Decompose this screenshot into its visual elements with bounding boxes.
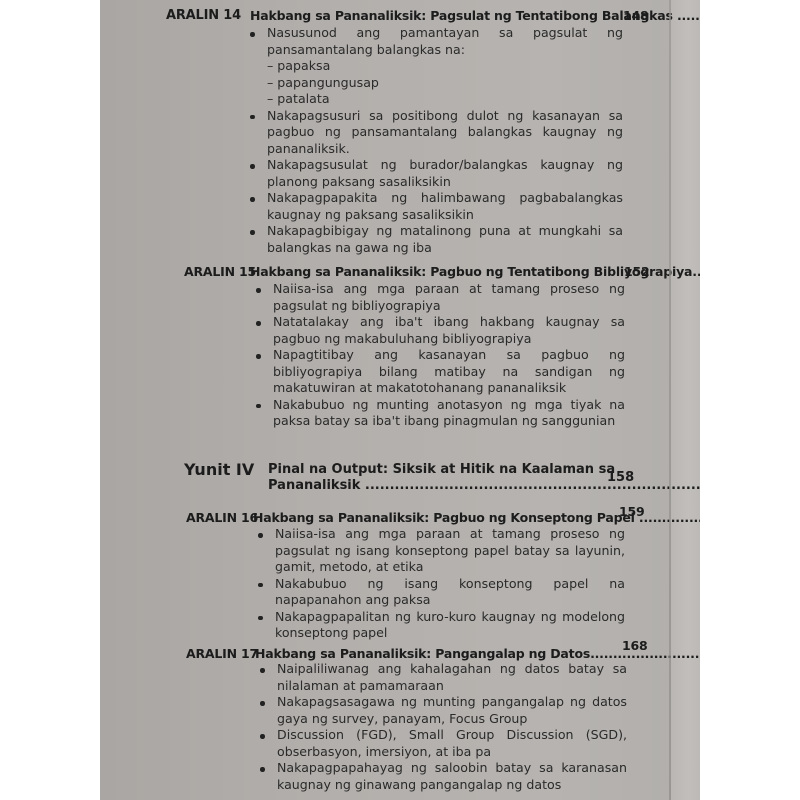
objective-item: Nakapagsasagawa ng munting pangangalap n… bbox=[277, 694, 627, 727]
bullet-icon bbox=[260, 767, 265, 772]
bullet-icon bbox=[250, 230, 255, 235]
bullet-icon bbox=[260, 668, 265, 673]
objective-item: Naiisa-isa ang mga paraan at tamang pros… bbox=[273, 281, 625, 314]
lesson-17: ARALIN 17 Hakbang sa Pananaliksik: Panga… bbox=[100, 646, 670, 796]
bullet-icon bbox=[256, 288, 261, 293]
objective-item: Discussion (FGD), Small Group Discussion… bbox=[277, 727, 627, 760]
objectives-list: Naiisa-isa ang mga paraan at tamang pros… bbox=[275, 526, 625, 642]
bullet-icon bbox=[256, 404, 261, 409]
sub-item: – papaksa bbox=[267, 58, 623, 75]
bullet-icon bbox=[258, 616, 263, 621]
bullet-icon bbox=[258, 583, 263, 588]
objective-item: Nakabubuo ng munting anotasyon ng mga ti… bbox=[273, 397, 625, 430]
bullet-icon bbox=[256, 354, 261, 359]
bullet-icon bbox=[256, 321, 261, 326]
objective-item: Nakapagpapahayag ng saloobin batay sa ka… bbox=[277, 760, 627, 793]
lesson-14: ARALIN 14 Hakbang sa Pananaliksik: Pagsu… bbox=[100, 8, 670, 257]
book-spine bbox=[671, 0, 700, 800]
lesson-heading: ARALIN 15 Hakbang sa Pananaliksik: Pagbu… bbox=[100, 264, 670, 282]
lesson-label: ARALIN 15 bbox=[184, 264, 256, 279]
lesson-16: ARALIN 16 Hakbang sa Pananaliksik: Pagbu… bbox=[100, 510, 670, 644]
lesson-label: ARALIN 14 bbox=[166, 8, 241, 23]
lesson-heading: ARALIN 14 Hakbang sa Pananaliksik: Pagsu… bbox=[100, 8, 670, 26]
bullet-icon bbox=[260, 734, 265, 739]
bullet-icon bbox=[260, 701, 265, 706]
objectives-list: Naipaliliwanag ang kahalagahan ng datos … bbox=[277, 661, 627, 793]
bullet-icon bbox=[250, 164, 255, 169]
page-number: 148 bbox=[623, 8, 649, 23]
unit-title-continued: Pananaliksik ...........................… bbox=[268, 478, 700, 493]
sub-item: – patalata bbox=[267, 91, 623, 108]
objective-item: Nakapagpapalitan ng kuro-kuro kaugnay ng… bbox=[275, 609, 625, 642]
book-page: ARALIN 14 Hakbang sa Pananaliksik: Pagsu… bbox=[100, 0, 700, 800]
lesson-label: ARALIN 17 bbox=[186, 646, 258, 661]
objective-item: Naiisa-isa ang mga paraan at tamang pros… bbox=[275, 526, 625, 576]
bullet-icon bbox=[250, 115, 255, 120]
unit-label: Yunit IV bbox=[184, 460, 254, 479]
objective-item: Napagtitibay ang kasanayan sa pagbuo ng … bbox=[273, 347, 625, 397]
objectives-list: Nasusunod ang pamantayan sa pagsulat ng … bbox=[267, 25, 623, 256]
bullet-icon bbox=[250, 32, 255, 37]
unit-title: Pinal na Output: Siksik at Hitik na Kaal… bbox=[268, 462, 615, 477]
objective-item: Nasusunod ang pamantayan sa pagsulat ng … bbox=[267, 25, 623, 108]
sub-item: – papangungusap bbox=[267, 75, 623, 92]
objective-item: Nakabubuo ng isang konseptong papel na n… bbox=[275, 576, 625, 609]
objective-item: Nakapagsusulat ng burador/balangkas kaug… bbox=[267, 157, 623, 190]
sub-list: – papaksa – papangungusap – patalata bbox=[267, 58, 623, 108]
objective-item: Nakapagsusuri sa positibong dulot ng kas… bbox=[267, 108, 623, 158]
page-number: 159 bbox=[619, 504, 645, 519]
objective-item: Naipaliliwanag ang kahalagahan ng datos … bbox=[277, 661, 627, 694]
objective-item: Nakapagpapakita ng halimbawang pagbabala… bbox=[267, 190, 623, 223]
lesson-label: ARALIN 16 bbox=[186, 510, 258, 525]
objective-item: Nakapagbibigay ng matalinong puna at mun… bbox=[267, 223, 623, 256]
objective-item: Natatalakay ang iba't ibang hakbang kaug… bbox=[273, 314, 625, 347]
page-number: 158 bbox=[607, 470, 634, 485]
bullet-icon bbox=[258, 533, 263, 538]
bullet-icon bbox=[250, 197, 255, 202]
lesson-15: ARALIN 15 Hakbang sa Pananaliksik: Pagbu… bbox=[100, 264, 670, 431]
page-number: 152 bbox=[624, 264, 650, 279]
page-number: 168 bbox=[622, 638, 648, 653]
objectives-list: Naiisa-isa ang mga paraan at tamang pros… bbox=[273, 281, 625, 430]
